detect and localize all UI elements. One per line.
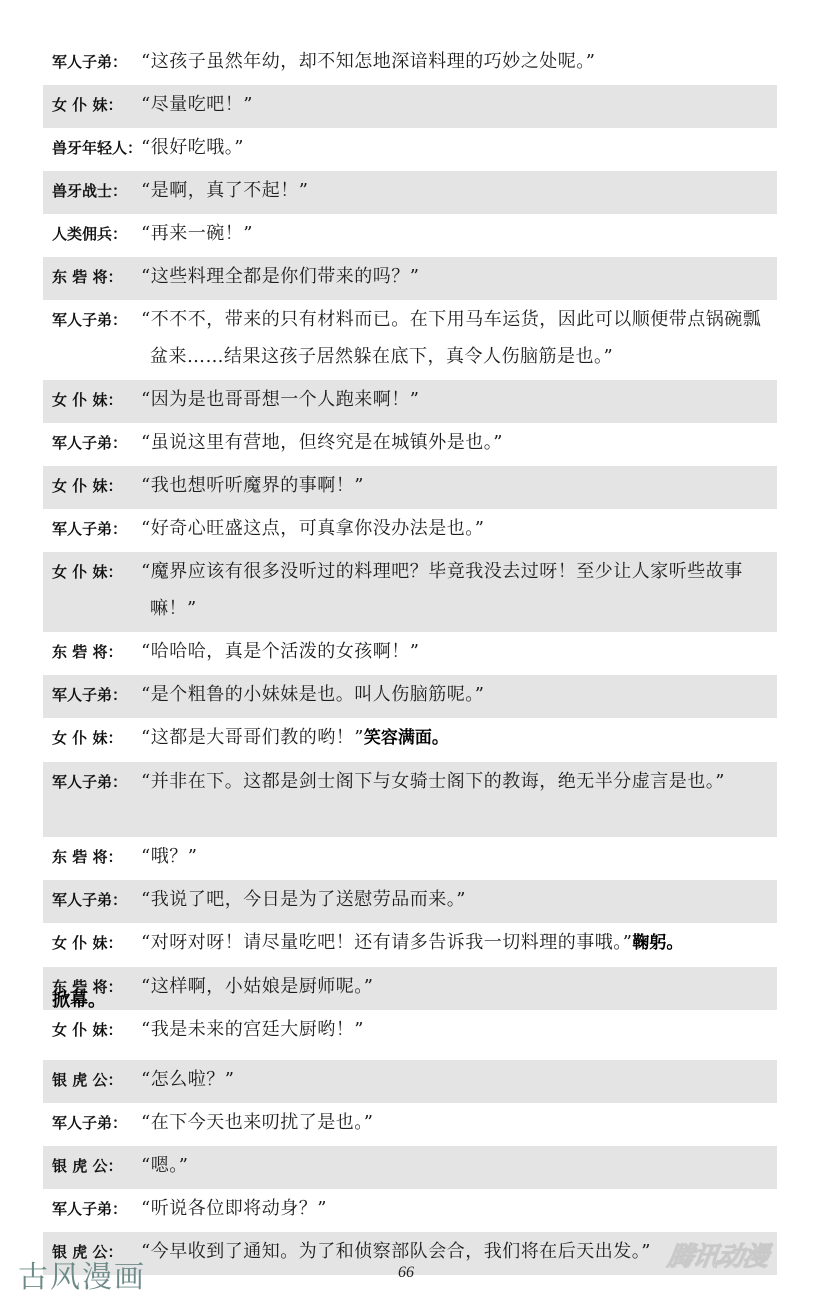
dialogue-row: 军人子弟：“我说了吧，今日是为了送慰劳品而来。” [43, 880, 777, 923]
dialogue-line: “这都是大哥哥们教的哟！”笑容满面。 [141, 719, 777, 757]
dialogue-text: “虽说这里有营地，但终究是在城镇外是也。” [141, 432, 503, 453]
speaker-name: 女 仆 妹： [43, 473, 141, 499]
dialogue-line: “怎么啦？” [141, 1061, 777, 1098]
dialogue-text: “对呀对呀！请尽量吃吧！还有请多告诉我一切料理的事哦。” [141, 932, 632, 953]
dialogue-line: “嗯。” [141, 1147, 777, 1184]
dialogue-row: 人类佣兵：“再来一碗！” [43, 214, 777, 257]
dialogue-text: “哦？” [141, 846, 197, 867]
dialogue-row: 银 虎 公：“怎么啦？” [43, 1060, 777, 1103]
dialogue-line: “虽说这里有营地，但终究是在城镇外是也。” [141, 424, 777, 461]
dialogue-text: “魔界应该有很多没听过的料理吧？毕竟我没去过呀！至少让人家听些故事嘛！” [141, 561, 743, 619]
dialogue-row: 东 砦 将：“这样啊，小姑娘是厨师呢。” [43, 967, 777, 1010]
dialogue-text: “哈哈哈，真是个活泼的女孩啊！” [141, 641, 419, 662]
dialogue-row: 东 砦 将：“哦？” [43, 837, 777, 880]
speaker-name: 女 仆 妹： [43, 387, 141, 413]
dialogue-text: “好奇心旺盛这点，可真拿你没办法是也。” [141, 518, 484, 539]
dialogue-text: “我是未来的宫廷大厨哟！” [141, 1019, 364, 1040]
dialogue-line: “我说了吧，今日是为了送慰劳品而来。” [141, 881, 777, 918]
speaker-name: 军人子弟： [43, 307, 141, 333]
dialogue-line: “很好吃哦。” [141, 129, 777, 166]
speaker-name: 军人子弟： [43, 1196, 141, 1222]
dialogue-row: 女 仆 妹：“对呀对呀！请尽量吃吧！还有请多告诉我一切料理的事哦。”鞠躬。 [43, 923, 777, 967]
dialogue-line: “我是未来的宫廷大厨哟！” [141, 1011, 777, 1048]
dialogue-row: 女 仆 妹：“这都是大哥哥们教的哟！”笑容满面。 [43, 718, 777, 762]
dialogue-line: “再来一碗！” [141, 215, 777, 252]
speaker-name: 女 仆 妹： [43, 559, 141, 585]
dialogue-row: 女 仆 妹：“我也想听听魔界的事啊！” [43, 466, 777, 509]
dialogue-line: “这孩子虽然年幼，却不知怎地深谙料理的巧妙之处呢。” [141, 43, 777, 80]
speaker-name: 女 仆 妹： [43, 725, 141, 751]
dialogue-line: “魔界应该有很多没听过的料理吧？毕竟我没去过呀！至少让人家听些故事嘛！” [141, 553, 777, 627]
dialogue-text: “这些料理全都是你们带来的吗？” [141, 266, 419, 287]
dialogue-line: “好奇心旺盛这点，可真拿你没办法是也。” [141, 510, 777, 547]
dialogue-text: “在下今天也来叨扰了是也。” [141, 1112, 373, 1133]
speaker-name: 东 砦 将： [43, 264, 141, 290]
dialogue-text: “怎么啦？” [141, 1069, 234, 1090]
speaker-name: 银 虎 公： [43, 1067, 141, 1093]
dialogue-row: 东 砦 将：“哈哈哈，真是个活泼的女孩啊！” [43, 632, 777, 675]
dialogue-row: 女 仆 妹：“尽量吃吧！” [43, 85, 777, 128]
dialogue-text: “尽量吃吧！” [141, 94, 253, 115]
site-logo: 古风漫画 [18, 1252, 146, 1291]
dialogue-text: “再来一碗！” [141, 223, 253, 244]
dialogue-block-bottom: 银 虎 公：“怎么啦？”军人子弟：“在下今天也来叨扰了是也。”银 虎 公：“嗯。… [43, 1060, 777, 1275]
dialogue-row: 军人子弟：“虽说这里有营地，但终究是在城镇外是也。” [43, 423, 777, 466]
dialogue-row: 女 仆 妹：“我是未来的宫廷大厨哟！” [43, 1010, 777, 1053]
dialogue-text: “我说了吧，今日是为了送慰劳品而来。” [141, 889, 466, 910]
dialogue-line: “尽量吃吧！” [141, 86, 777, 123]
dialogue-text: “这都是大哥哥们教的哟！” [141, 727, 364, 748]
speaker-name: 女 仆 妹： [43, 92, 141, 118]
speaker-name: 军人子弟： [43, 682, 141, 708]
dialogue-text: “这孩子虽然年幼，却不知怎地深谙料理的巧妙之处呢。” [141, 51, 595, 72]
dialogue-line: “哈哈哈，真是个活泼的女孩啊！” [141, 633, 777, 670]
dialogue-line: “是啊，真了不起！” [141, 172, 777, 209]
speaker-name: 银 虎 公： [43, 1153, 141, 1179]
action-note: 笑容满面。 [364, 728, 449, 748]
speaker-name: 女 仆 妹： [43, 1017, 141, 1043]
dialogue-row: 兽牙年轻人：“很好吃哦。” [43, 128, 777, 171]
dialogue-block-top: 军人子弟：“这孩子虽然年幼，却不知怎地深谙料理的巧妙之处呢。”女 仆 妹：“尽量… [43, 42, 777, 1053]
dialogue-row: 军人子弟：“这孩子虽然年幼，却不知怎地深谙料理的巧妙之处呢。” [43, 42, 777, 85]
dialogue-line: “这样啊，小姑娘是厨师呢。” [141, 968, 777, 1005]
dialogue-line: “对呀对呀！请尽量吃吧！还有请多告诉我一切料理的事哦。”鞠躬。 [141, 924, 777, 962]
speaker-name: 东 砦 将： [43, 844, 141, 870]
dialogue-text: “不不不，带来的只有材料而已。在下用马车运货，因此可以顺便带点锅碗瓢盆来……结果… [141, 309, 761, 367]
speaker-name: 军人子弟： [43, 1110, 141, 1136]
speaker-name: 军人子弟： [43, 49, 141, 75]
speaker-name: 女 仆 妹： [43, 930, 141, 956]
dialogue-row: 军人子弟：“并非在下。这都是剑士阁下与女骑士阁下的教诲，绝无半分虚言是也。” [43, 762, 777, 837]
watermark-logo: 腾讯动漫 [665, 1236, 770, 1273]
dialogue-text: “因为是也哥哥想一个人跑来啊！” [141, 389, 419, 410]
dialogue-row: 军人子弟：“在下今天也来叨扰了是也。” [43, 1103, 777, 1146]
dialogue-line: “是个粗鲁的小妹妹是也。叫人伤脑筋呢。” [141, 676, 777, 713]
dialogue-row: 军人子弟：“好奇心旺盛这点，可真拿你没办法是也。” [43, 509, 777, 552]
speaker-name: 军人子弟： [43, 887, 141, 913]
dialogue-line: “因为是也哥哥想一个人跑来啊！” [141, 381, 777, 418]
speaker-name: 人类佣兵： [43, 221, 141, 247]
speaker-name: 兽牙年轻人： [43, 135, 141, 161]
dialogue-text: “听说各位即将动身？” [141, 1198, 327, 1219]
dialogue-text: “今早收到了通知。为了和侦察部队会合，我们将在后天出发。” [141, 1241, 651, 1262]
speaker-name: 军人子弟： [43, 516, 141, 542]
speaker-name: 东 砦 将： [43, 639, 141, 665]
dialogue-line: “这些料理全都是你们带来的吗？” [141, 258, 777, 295]
dialogue-row: 兽牙战士：“是啊，真了不起！” [43, 171, 777, 214]
speaker-name: 兽牙战士： [43, 178, 141, 204]
dialogue-text: “并非在下。这都是剑士阁下与女骑士阁下的教诲，绝无半分虚言是也。” [141, 771, 725, 792]
action-note: 鞠躬。 [632, 933, 683, 953]
dialogue-text: “我也想听听魔界的事啊！” [141, 475, 364, 496]
dialogue-text: “是啊，真了不起！” [141, 180, 308, 201]
dialogue-row: 女 仆 妹：“魔界应该有很多没听过的料理吧？毕竟我没去过呀！至少让人家听些故事嘛… [43, 552, 777, 632]
page-number: 66 [398, 1264, 414, 1282]
dialogue-line: “我也想听听魔界的事啊！” [141, 467, 777, 504]
speaker-name: 军人子弟： [43, 769, 141, 795]
dialogue-text: “是个粗鲁的小妹妹是也。叫人伤脑筋呢。” [141, 684, 484, 705]
dialogue-text: “很好吃哦。” [141, 137, 244, 158]
dialogue-line: “并非在下。这都是剑士阁下与女骑士阁下的教诲，绝无半分虚言是也。” [141, 763, 777, 800]
dialogue-row: 东 砦 将：“这些料理全都是你们带来的吗？” [43, 257, 777, 300]
dialogue-text: “嗯。” [141, 1155, 188, 1176]
dialogue-row: 女 仆 妹：“因为是也哥哥想一个人跑来啊！” [43, 380, 777, 423]
dialogue-line: “听说各位即将动身？” [141, 1190, 777, 1227]
dialogue-row: 军人子弟：“不不不，带来的只有材料而已。在下用马车运货，因此可以顺便带点锅碗瓢盆… [43, 300, 777, 380]
dialogue-row: 军人子弟：“是个粗鲁的小妹妹是也。叫人伤脑筋呢。” [43, 675, 777, 718]
dialogue-row: 军人子弟：“听说各位即将动身？” [43, 1189, 777, 1232]
dialogue-line: “哦？” [141, 838, 777, 875]
speaker-name: 军人子弟： [43, 430, 141, 456]
stage-direction: 掀幕。 [52, 986, 106, 1012]
dialogue-line: “在下今天也来叨扰了是也。” [141, 1104, 777, 1141]
dialogue-line: “不不不，带来的只有材料而已。在下用马车运货，因此可以顺便带点锅碗瓢盆来……结果… [141, 301, 777, 375]
dialogue-text: “这样啊，小姑娘是厨师呢。” [141, 976, 373, 997]
dialogue-row: 银 虎 公：“嗯。” [43, 1146, 777, 1189]
